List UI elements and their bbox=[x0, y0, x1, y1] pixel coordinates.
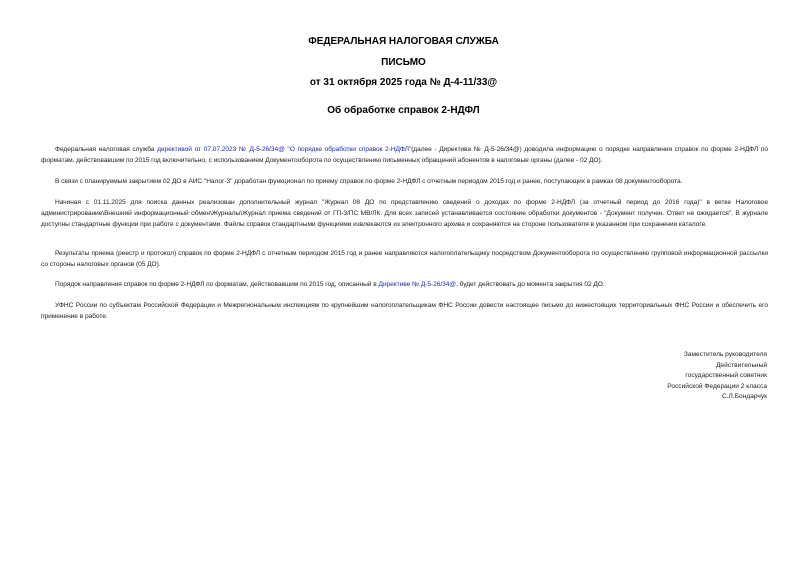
document-page: ФЕДЕРАЛЬНАЯ НАЛОГОВАЯ СЛУЖБА ПИСЬМО от 3… bbox=[0, 0, 807, 571]
signature-rank-1: Действительный bbox=[667, 361, 767, 372]
paragraph-3: Начиная с 01.11.2025 для поиска данных р… bbox=[41, 197, 768, 230]
paragraph-4-text: Результаты приема (реестр и протокол) сп… bbox=[41, 250, 768, 268]
paragraph-3-text: Начиная с 01.11.2025 для поиска данных р… bbox=[41, 199, 768, 228]
paragraph-5-rest: , будет действовать до момента закрытия … bbox=[456, 281, 605, 288]
signature-block: Заместитель руководителя Действительный … bbox=[667, 350, 767, 403]
signature-position: Заместитель руководителя bbox=[667, 350, 767, 361]
signature-name: С.Л.Бондарчук bbox=[667, 392, 767, 403]
paragraph-1: Федеральная налоговая служба директивой … bbox=[41, 144, 768, 166]
document-subject: Об обработке справок 2-НДФЛ bbox=[0, 105, 807, 116]
paragraph-1-intro: Федеральная налоговая служба bbox=[55, 146, 157, 153]
paragraph-2-text: В связи с планируемым закрытием 02 ДО в … bbox=[55, 178, 682, 185]
paragraph-5: Порядок направления справок по форме 2-Н… bbox=[41, 279, 768, 290]
signature-rank-3: Российской Федерации 2 класса bbox=[667, 382, 767, 393]
paragraph-6-text: УФНС России по субъектам Российской Феде… bbox=[41, 302, 768, 320]
document-type: ПИСЬМО bbox=[0, 57, 807, 68]
document-date-number: от 31 октября 2025 года № Д-4-11/33@ bbox=[0, 77, 807, 88]
directive-link[interactable]: директивой от 07.07.2023 № Д-5-26/34@ "О… bbox=[157, 146, 411, 153]
signature-rank-2: государственный советник bbox=[667, 371, 767, 382]
paragraph-4: Результаты приема (реестр и протокол) сп… bbox=[41, 248, 768, 270]
directive-reference-link[interactable]: Директиве № Д-5-26/34@ bbox=[378, 281, 456, 288]
paragraph-6: УФНС России по субъектам Российской Феде… bbox=[41, 300, 768, 322]
paragraph-2: В связи с планируемым закрытием 02 ДО в … bbox=[41, 176, 768, 187]
paragraph-5-intro: Порядок направления справок по форме 2-Н… bbox=[55, 281, 378, 288]
agency-name: ФЕДЕРАЛЬНАЯ НАЛОГОВАЯ СЛУЖБА bbox=[0, 36, 807, 47]
